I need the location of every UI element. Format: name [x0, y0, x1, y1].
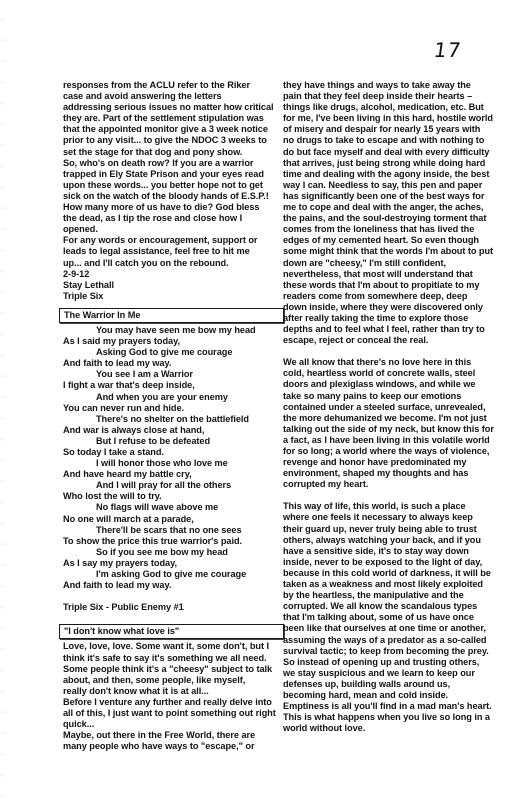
essay-line: inside, never to be exposed to the light… — [283, 557, 498, 568]
essay-line: me to cope and deal with the anger, the … — [283, 202, 498, 213]
poem-line: As I said my prayers today, — [63, 336, 278, 347]
poem-line: You see I am a Warrior — [63, 369, 278, 380]
text-line: upon these words... you better hope not … — [63, 180, 278, 191]
essay-line: world without love. — [283, 723, 498, 734]
poem-attribution: Triple Six - Public Enemy #1 — [63, 602, 278, 613]
essay-line: Love, love, love. Some want it, some don… — [63, 641, 278, 652]
essay-line: after really taking the time to explore … — [283, 313, 498, 324]
poem-line: There'll be scars that no one sees — [63, 525, 278, 536]
poem-line: And have heard my battle cry, — [63, 469, 278, 480]
poem-title-box: The Warrior In Me — [59, 308, 284, 323]
right-column: they have things and ways to take away t… — [283, 80, 498, 734]
signoff-date: 2-9-12 — [63, 269, 278, 280]
essay-line: assuming the ways of a predator as a so-… — [283, 635, 498, 646]
essay-line: do but face myself and deal with every d… — [283, 147, 498, 158]
essay-line: the more dehumanized we become. I'm not … — [283, 413, 498, 424]
essay-line: that arrives, just being strong while do… — [283, 158, 498, 169]
essay-line: some might think that the words I'm abou… — [283, 246, 498, 257]
document-page: 17 responses from the ACLU refer to the … — [0, 0, 523, 809]
essay-line: no drugs to take to escape and with noth… — [283, 135, 498, 146]
poem-line: And I will pray for all the others — [63, 480, 278, 491]
essay-line: all of this, I just want to point someth… — [63, 708, 278, 719]
essay-line: escape, reject or conceal the real. — [283, 335, 498, 346]
essay-line: a fact, as I have been living in this vo… — [283, 435, 498, 446]
essay-line: revenge and honor have predominated my — [283, 457, 498, 468]
text-line: set the stage for that dog and pony show… — [63, 147, 278, 158]
essay-line: talking out the side of my neck, but kno… — [283, 424, 498, 435]
essay-line: This way of life, this world, is such a … — [283, 501, 498, 512]
essay-line: we stay suspicious and we learn to keep … — [283, 668, 498, 679]
essay-line: environment, shaped my thoughts and has — [283, 468, 498, 479]
essay-line: has significantly been one of the best w… — [283, 191, 498, 202]
text-line: they are. Part of the settlement stipula… — [63, 113, 278, 124]
essay-line: about, and then, some people, like mysel… — [63, 675, 278, 686]
poem-line: To show the price this true warrior's pa… — [63, 536, 278, 547]
essay-section: "I don't know what love is" Love, love, … — [63, 624, 278, 752]
poem-line: So if you see me bow my head — [63, 547, 278, 558]
essay-line: doors and plexiglass windows, and while … — [283, 379, 498, 390]
poem-line: And faith to lead my way. — [63, 580, 278, 591]
poem-line: Asking God to give me courage — [63, 347, 278, 358]
essay-line: becoming hard, mean and cold inside. — [283, 690, 498, 701]
essay-line: for so long; a world where the ways of v… — [283, 446, 498, 457]
text-line: that the appointed monitor give a 3 week… — [63, 124, 278, 135]
text-line: addressing serious issues no matter how … — [63, 102, 278, 113]
text-line: opened. — [63, 224, 278, 235]
poem-line: Who lost the will to try. — [63, 491, 278, 502]
essay-line: time and dealing with the agony inside, … — [283, 169, 498, 180]
essay-line: many people who have ways to "escape," o… — [63, 741, 278, 752]
essay-line: that I'm talking about, some of us have … — [283, 612, 498, 623]
essay-line: Before I venture any further and really … — [63, 697, 278, 708]
poem-line: You can never run and hide. — [63, 403, 278, 414]
poem-line: And faith to lead my way. — [63, 358, 278, 369]
essay-line: of misery and despair for nearly 15 year… — [283, 124, 498, 135]
poem-line: As I say my prayers today, — [63, 558, 278, 569]
text-line: How many more of us have to die? God ble… — [63, 202, 278, 213]
essay-line: where one feels it necessary to always k… — [283, 512, 498, 523]
essay-paragraph-2: We all know that there's no love here in… — [283, 357, 498, 490]
essay-line: for me, I've been living in this hard, h… — [283, 113, 498, 124]
essay-line: taken as a weakness and most likely expl… — [283, 579, 498, 590]
poem-line: I'm asking God to give me courage — [63, 569, 278, 580]
essay-line: been like that ourselves at one time or … — [283, 623, 498, 634]
essay-line: survival tactic; to keep from becoming t… — [283, 646, 498, 657]
essay-line: contained under a steeled surface, unrev… — [283, 402, 498, 413]
poem-line: No flags will wave above me — [63, 502, 278, 513]
intro-text: responses from the ACLU refer to the Rik… — [63, 80, 278, 302]
poem-line: And war is always close at hand, — [63, 425, 278, 436]
text-line: sick on the watch of the bloody hands of… — [63, 191, 278, 202]
essay-paragraph-3: This way of life, this world, is such a … — [283, 501, 498, 734]
essay-line: really don't know what it is at all... — [63, 686, 278, 697]
essay-line: the pains, and the soul-destroying torme… — [283, 213, 498, 224]
essay-line: their guard up, never truly being able t… — [283, 524, 498, 535]
essay-line: pain that they feel deep inside their he… — [283, 91, 498, 102]
poem-line: So today I take a stand. — [63, 447, 278, 458]
page-number: 17 — [432, 38, 463, 62]
text-line: leads to legal assistance, feel free to … — [63, 246, 278, 257]
essay-title-box: "I don't know what love is" — [59, 624, 284, 639]
poem-line: I fight a war that's deep inside, — [63, 380, 278, 391]
text-line: prior to any visit... to give the NDOC 3… — [63, 135, 278, 146]
essay-line: readers come from somewhere deep, deep — [283, 291, 498, 302]
poem-line: But I refuse to be defeated — [63, 436, 278, 447]
essay-line: think it's safe to say it's something we… — [63, 653, 278, 664]
essay-line: cold, heartless world of concrete walls,… — [283, 368, 498, 379]
text-line: For any words or encouragement, support … — [63, 235, 278, 246]
essay-line: corrupted my heart. — [283, 479, 498, 490]
essay-line: corrupted. We all know the scandalous ty… — [283, 601, 498, 612]
essay-line: these words that I'm about to propitiate… — [283, 280, 498, 291]
poem-line: There's no shelter on the battlefield — [63, 414, 278, 425]
essay-line: by the heartless, the manipulative and t… — [283, 590, 498, 601]
essay-line: things like drugs, alcohol, medication, … — [283, 102, 498, 113]
essay-line: have a sensitive side, it's to stay way … — [283, 546, 498, 557]
essay-line: they have things and ways to take away t… — [283, 80, 498, 91]
essay-line: defenses up, building walls around us, — [283, 679, 498, 690]
essay-line: Emptiness is all you'll find in a mad ma… — [283, 701, 498, 712]
text-line: the dead, as I tip the rose and close ho… — [63, 213, 278, 224]
poem-line: I will honor those who love me — [63, 458, 278, 469]
essay-line: Maybe, out there in the Free World, ther… — [63, 730, 278, 741]
essay-paragraph-1: they have things and ways to take away t… — [283, 80, 498, 346]
text-line: trapped in Ely State Prison and your eye… — [63, 169, 278, 180]
text-line: up... and I'll catch you on the rebound. — [63, 258, 278, 269]
poem-section: The Warrior In Me You may have seen me b… — [63, 308, 278, 613]
essay-line: edges of my cemented heart. So even thou… — [283, 235, 498, 246]
essay-line: take so many pains to keep our emotions — [283, 391, 498, 402]
essay-line: down inside, where they were discovered … — [283, 302, 498, 313]
poem-line: You may have seen me bow my head — [63, 325, 278, 336]
left-column: responses from the ACLU refer to the Rik… — [63, 80, 278, 752]
essay-line: So instead of opening up and trusting ot… — [283, 657, 498, 668]
signoff-author: Triple Six — [63, 291, 278, 302]
essay-line: depths and to feel what I feel, rather t… — [283, 324, 498, 335]
text-line: case and avoid answering the letters — [63, 91, 278, 102]
essay-line: quick... — [63, 719, 278, 730]
essay-line: others, always watching your back, and i… — [283, 535, 498, 546]
text-line: So, who's on death row? If you are a war… — [63, 158, 278, 169]
text-line: responses from the ACLU refer to the Rik… — [63, 80, 278, 91]
essay-line: comes from the loneliness that has lived… — [283, 224, 498, 235]
poem-line: No one will march at a parade, — [63, 514, 278, 525]
essay-line: nevertheless, that most will understand … — [283, 269, 498, 280]
poem-line: And when you are your enemy — [63, 392, 278, 403]
essay-line: This is what happens when you live so lo… — [283, 712, 498, 723]
essay-line: Some people think it's a "cheesy" subjec… — [63, 664, 278, 675]
scan-edge-artifact — [0, 0, 6, 809]
essay-line: down are "cheesy," I'm still confident, — [283, 258, 498, 269]
essay-line: because in this cold world of darkness, … — [283, 568, 498, 579]
essay-line: way I can. Needless to say, this pen and… — [283, 180, 498, 191]
signoff-closing: Stay Lethall — [63, 280, 278, 291]
essay-line: We all know that there's no love here in… — [283, 357, 498, 368]
